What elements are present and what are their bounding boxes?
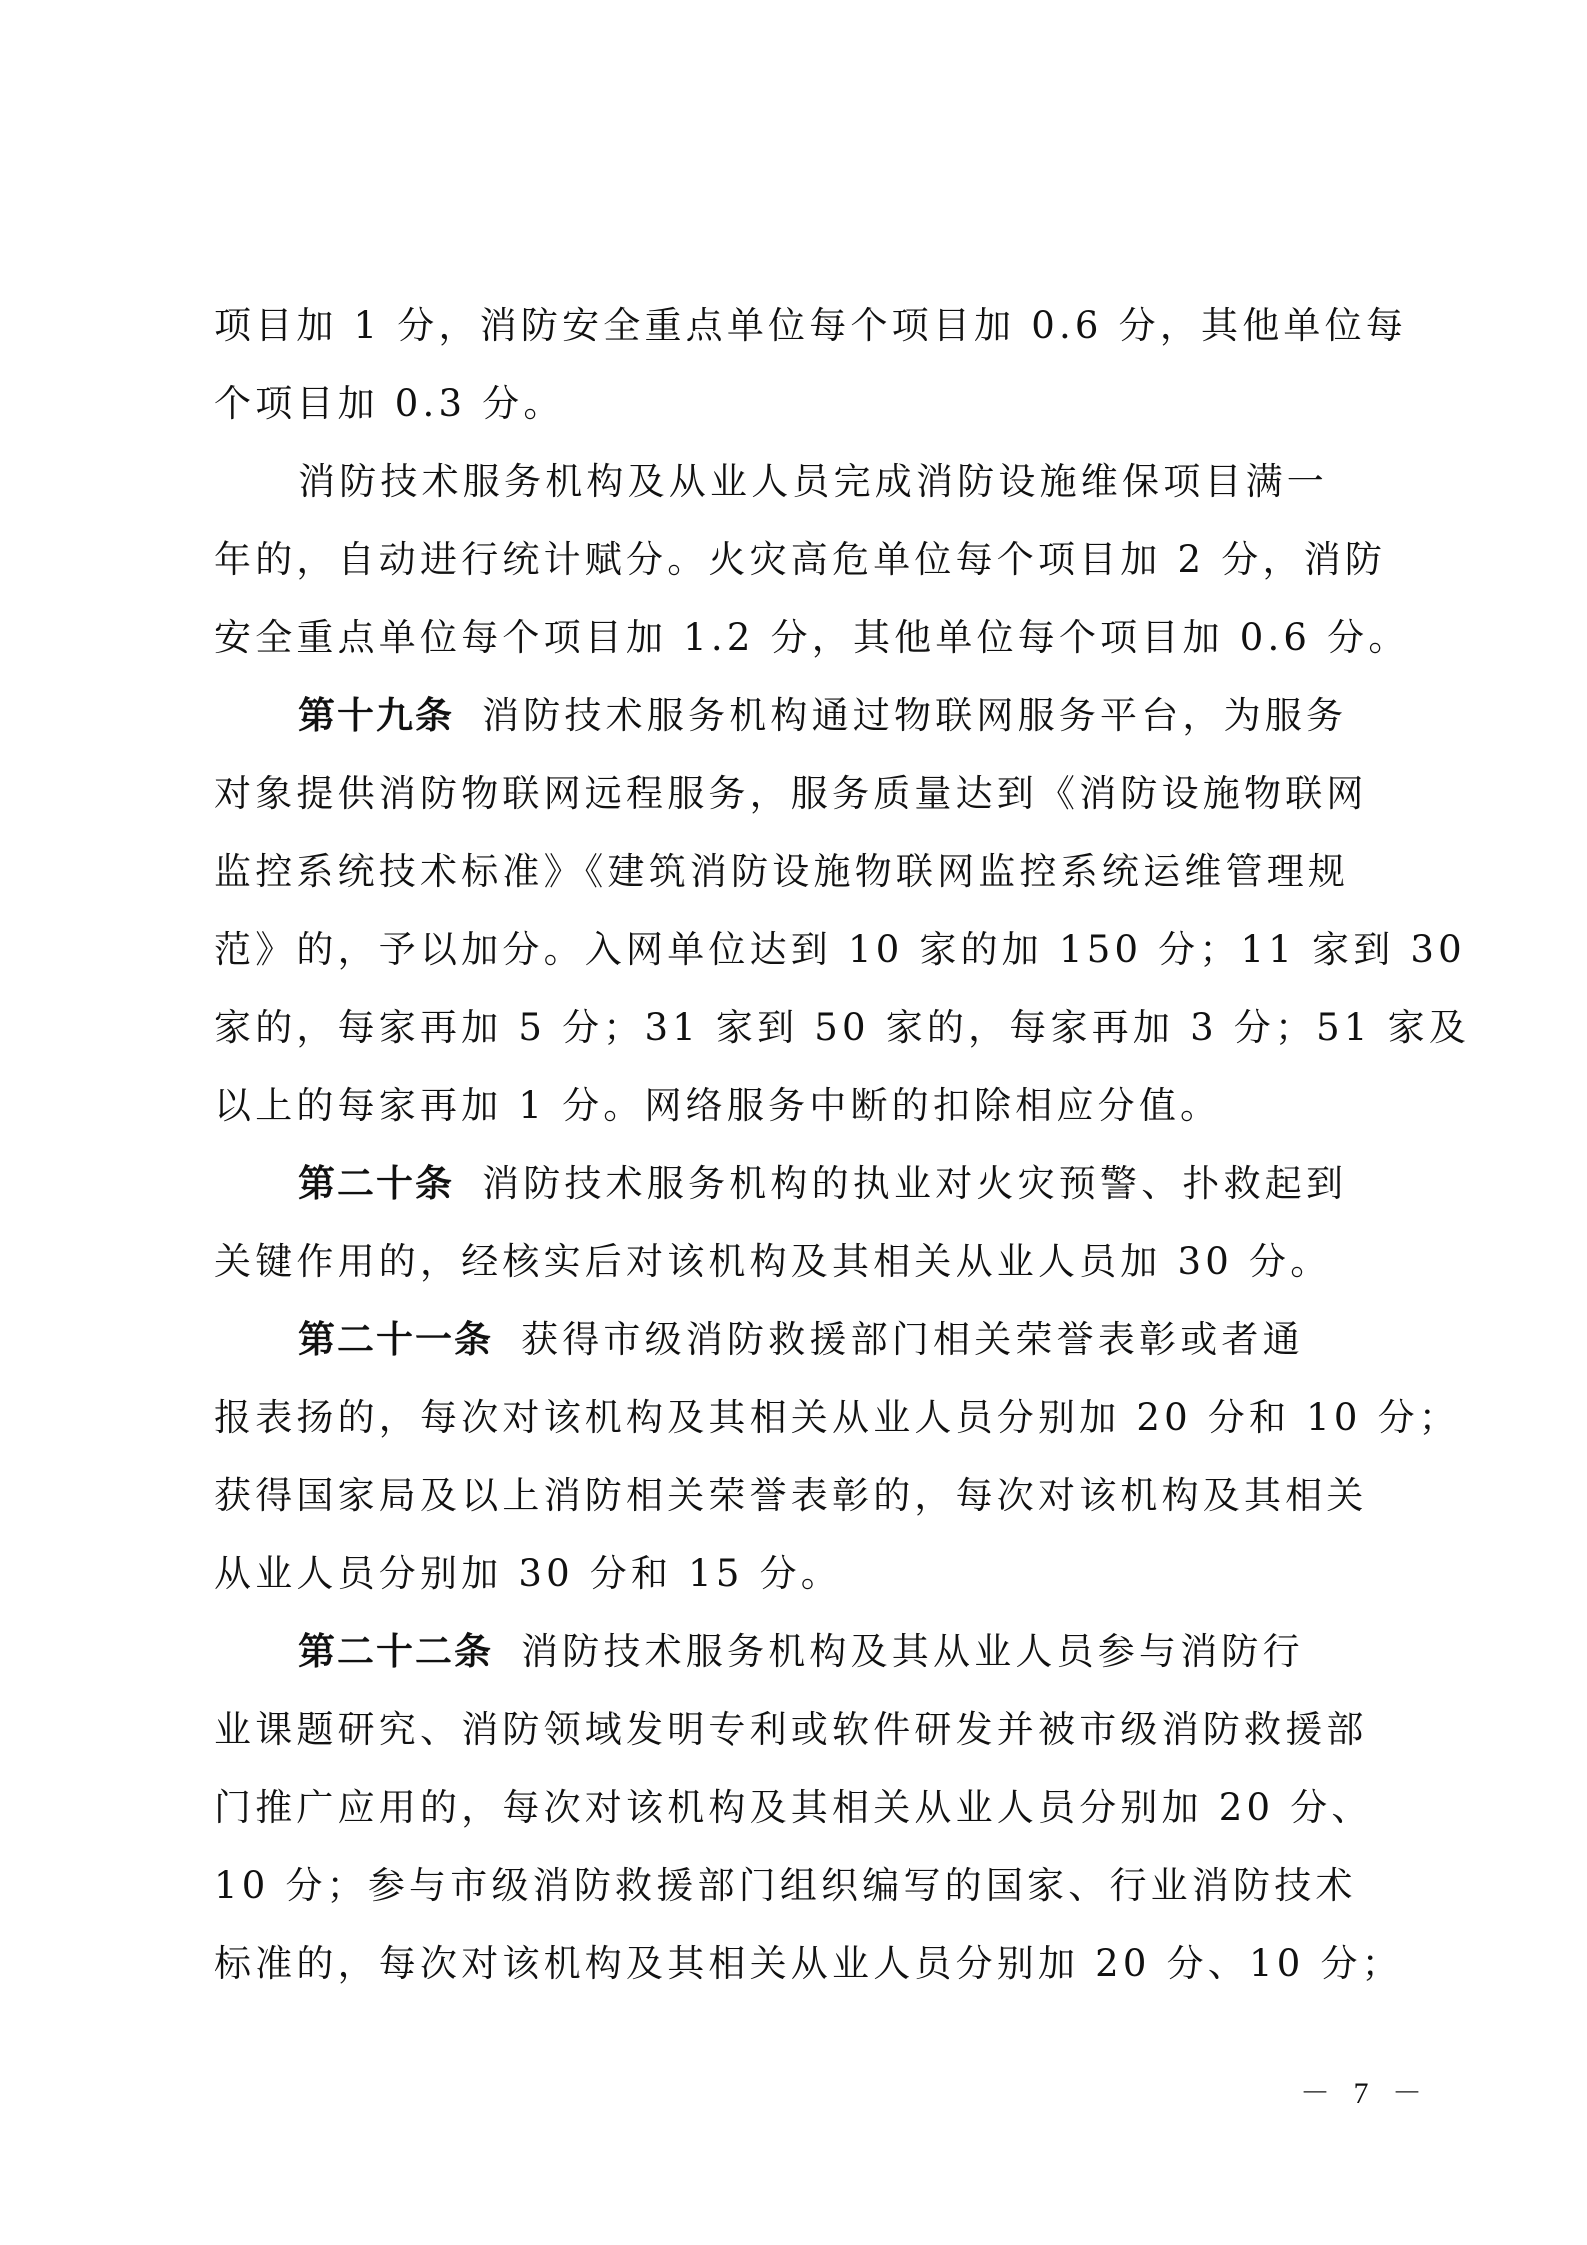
article-heading: 第二十条 [298, 1162, 454, 1205]
text-line: 项目加 1 分，消防安全重点单位每个项目加 0.6 分，其他单位每 [214, 296, 1394, 356]
text-line: 门推广应用的，每次对该机构及其相关从业人员分别加 20 分、 [214, 1778, 1394, 1838]
text-line: 个项目加 0.3 分。 [214, 374, 1394, 434]
text-line: 对象提供消防物联网远程服务，服务质量达到《消防设施物联网 [214, 764, 1394, 824]
article-22-first-line: 第二十二条消防技术服务机构及其从业人员参与消防行 [298, 1622, 1394, 1682]
text-line: 报表扬的，每次对该机构及其相关从业人员分别加 20 分和 10 分； [214, 1388, 1394, 1448]
text-line: 监控系统技术标准》《建筑消防设施物联网监控系统运维管理规 [214, 842, 1394, 902]
text-line: 业课题研究、消防领域发明专利或软件研发并被市级消防救援部 [214, 1700, 1394, 1760]
text-line: 关键作用的，经核实后对该机构及其相关从业人员加 30 分。 [214, 1232, 1394, 1292]
text-line: 年的，自动进行统计赋分。火灾高危单位每个项目加 2 分，消防 [214, 530, 1394, 590]
text-line: 获得国家局及以上消防相关荣誉表彰的，每次对该机构及其相关 [214, 1466, 1394, 1526]
document-page: 项目加 1 分，消防安全重点单位每个项目加 0.6 分，其他单位每 个项目加 0… [0, 0, 1587, 2245]
article-text: 消防技术服务机构及其从业人员参与消防行 [521, 1630, 1304, 1673]
text-line: 标准的，每次对该机构及其相关从业人员分别加 20 分、10 分； [214, 1934, 1394, 1994]
article-text: 获得市级消防救援部门相关荣誉表彰或者通 [521, 1318, 1304, 1361]
text-line: 范》的，予以加分。入网单位达到 10 家的加 150 分；11 家到 30 [214, 920, 1394, 980]
article-text: 消防技术服务机构的执业对火灾预警、扑救起到 [482, 1162, 1347, 1205]
article-heading: 第二十二条 [298, 1630, 493, 1673]
text-line: 家的，每家再加 5 分；31 家到 50 家的，每家再加 3 分；51 家及 [214, 998, 1394, 1058]
text-line: 从业人员分别加 30 分和 15 分。 [214, 1544, 1394, 1604]
article-19-first-line: 第十九条消防技术服务机构通过物联网服务平台，为服务 [298, 686, 1394, 746]
page-number: － 7 － [1300, 2068, 1430, 2112]
article-text: 消防技术服务机构通过物联网服务平台，为服务 [482, 694, 1347, 737]
article-20-first-line: 第二十条消防技术服务机构的执业对火灾预警、扑救起到 [298, 1154, 1394, 1214]
paragraph-start-line: 消防技术服务机构及从业人员完成消防设施维保项目满一 [298, 452, 1394, 512]
text-line: 安全重点单位每个项目加 1.2 分，其他单位每个项目加 0.6 分。 [214, 608, 1394, 668]
article-heading: 第二十一条 [298, 1318, 493, 1361]
article-heading: 第十九条 [298, 694, 454, 737]
text-line: 以上的每家再加 1 分。网络服务中断的扣除相应分值。 [214, 1076, 1394, 1136]
text-line: 10 分；参与市级消防救援部门组织编写的国家、行业消防技术 [214, 1856, 1394, 1916]
article-21-first-line: 第二十一条获得市级消防救援部门相关荣誉表彰或者通 [298, 1310, 1394, 1370]
